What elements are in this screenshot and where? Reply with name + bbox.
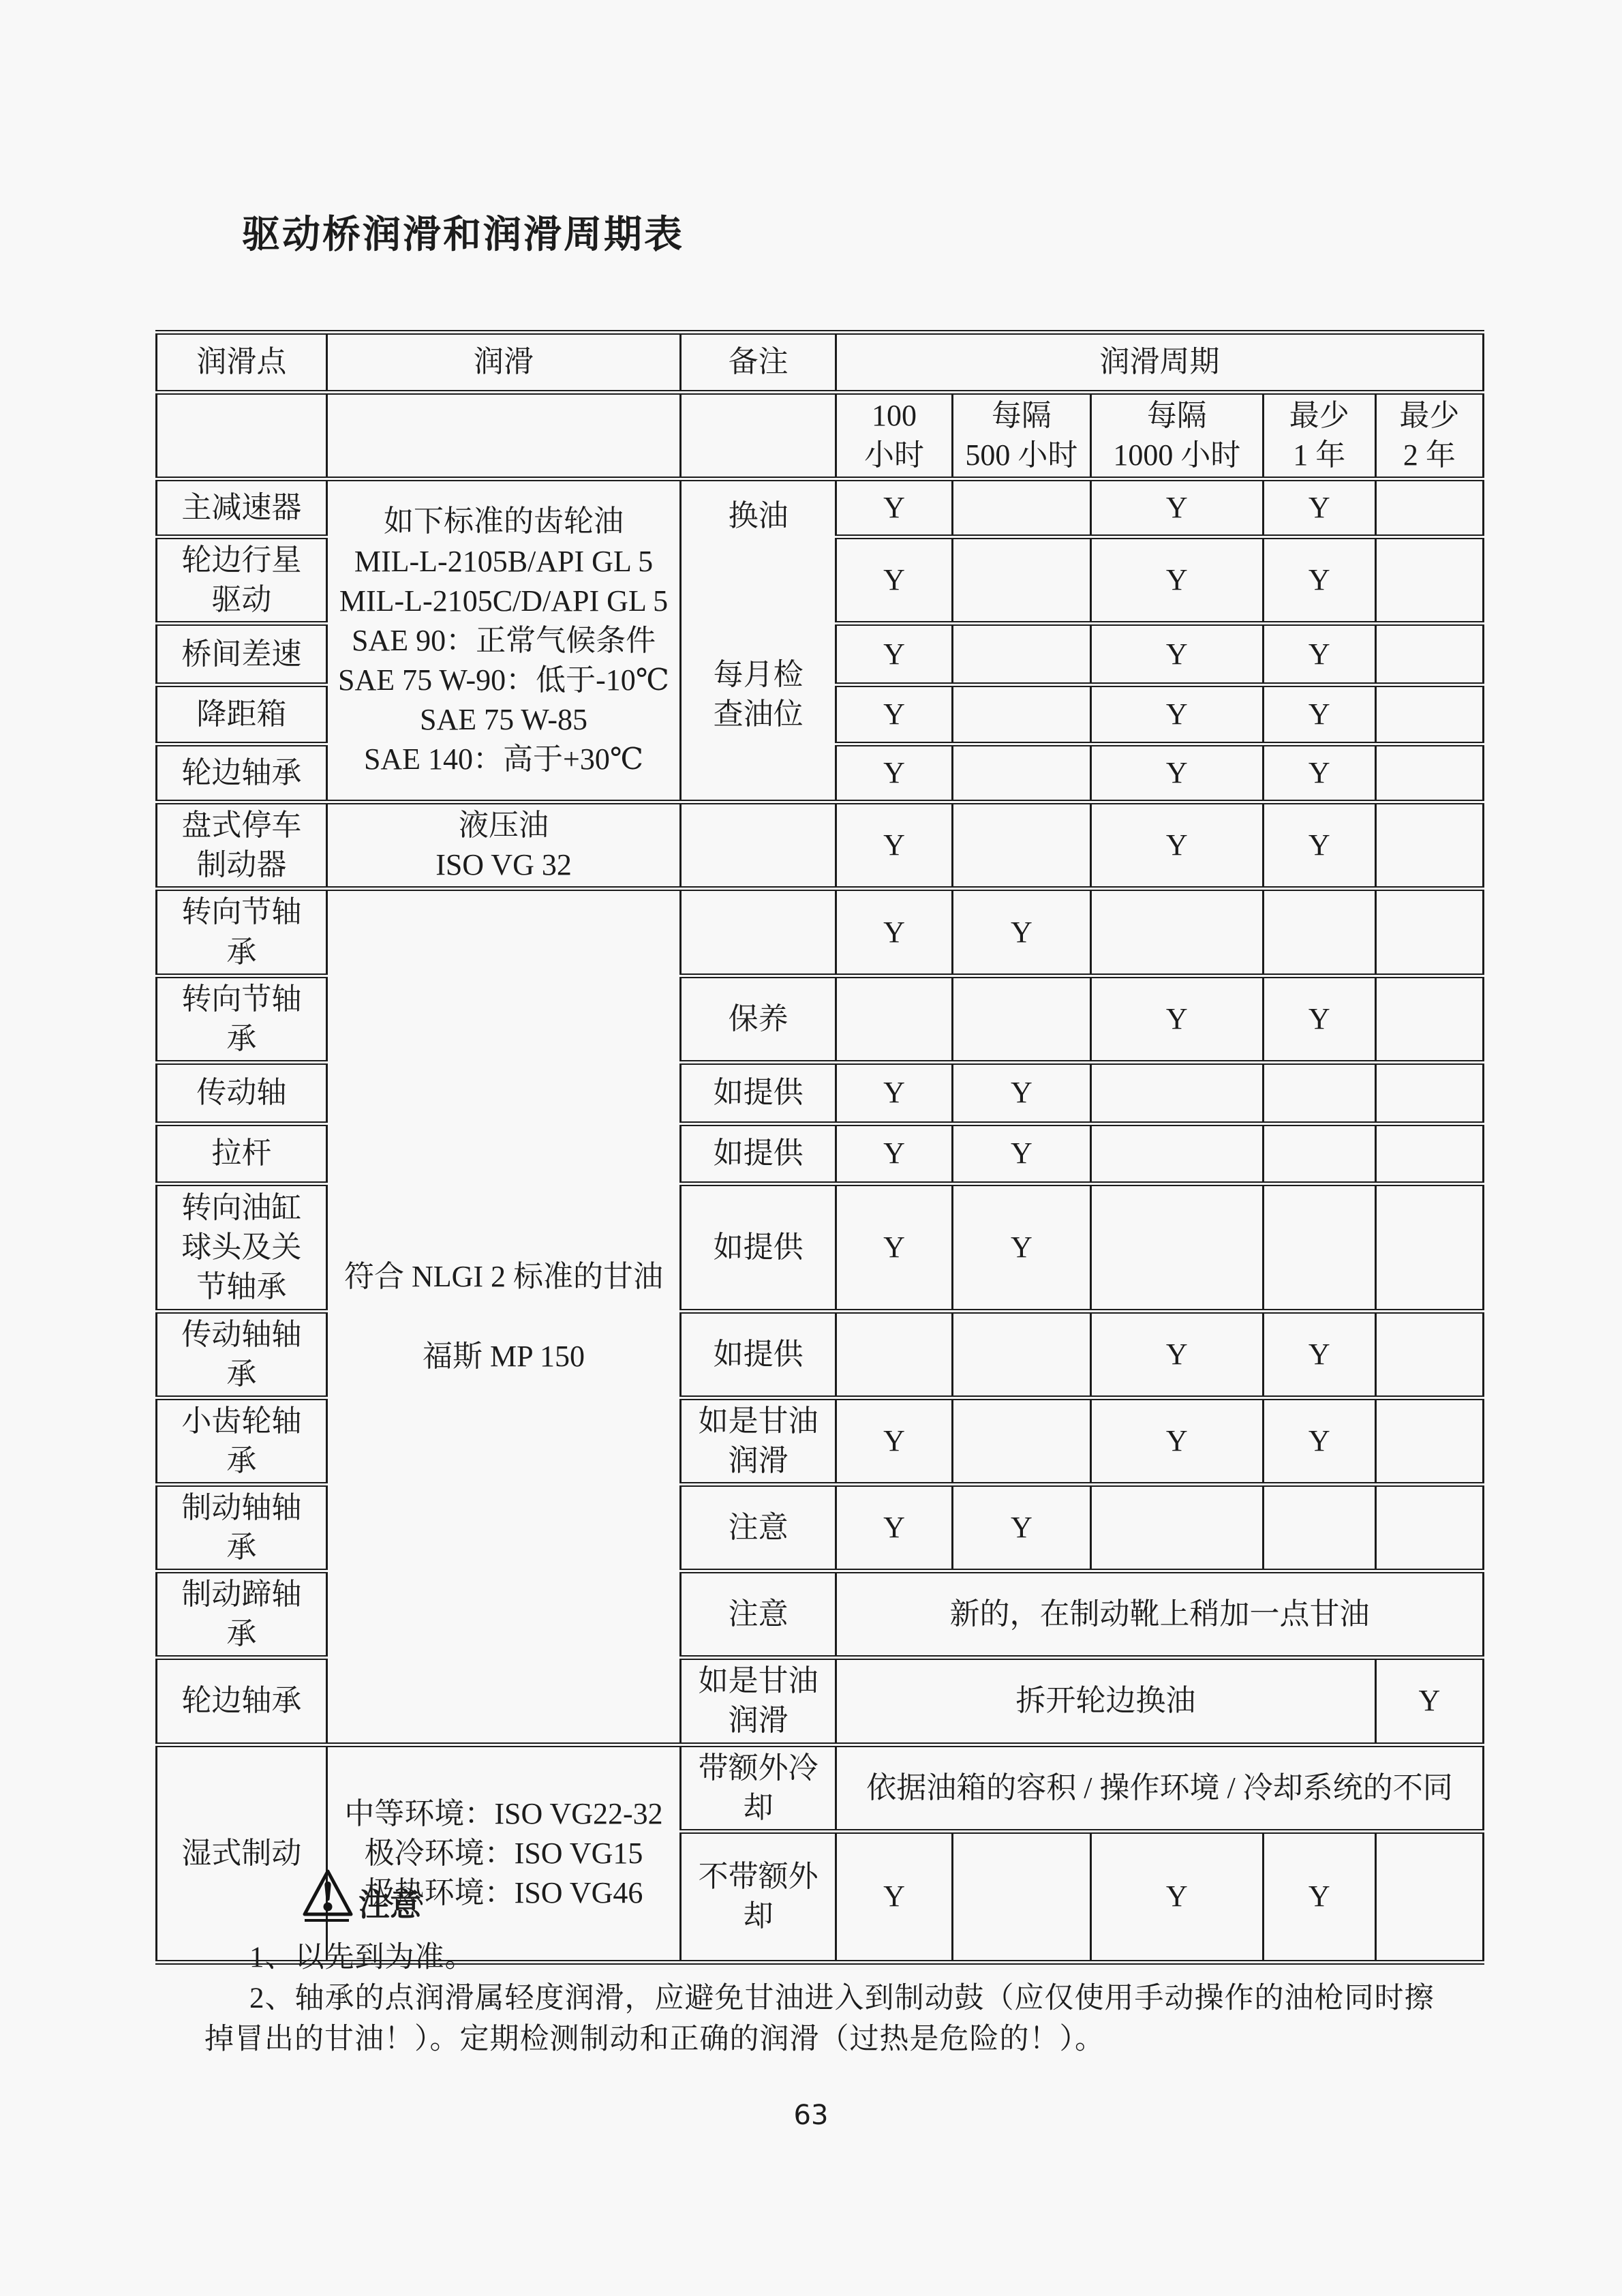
interval-cell (1263, 1123, 1375, 1183)
row-label: 转向节轴 承 (157, 976, 327, 1062)
interval-note-wheel-hub: 拆开轮边换油 (836, 1658, 1376, 1744)
row-label: 盘式停车 制动器 (157, 802, 327, 889)
table-row: 主减速器 如下标准的齿轮油 MIL-L-2105B/API GL 5 MIL-L… (157, 479, 1484, 537)
interval-cell: Y (1263, 685, 1375, 744)
remark-oil-change: 换油 (682, 496, 835, 536)
lubrication-schedule-table: 润滑点 润滑 备注 润滑周期 100 小时 每隔 500 小时 每隔 1000 … (155, 330, 1484, 1965)
interval-cell: Y (1090, 1311, 1263, 1398)
period-subheader-100h: 100 小时 (836, 393, 953, 479)
row-label-wet-brake: 湿式制动 (157, 1744, 327, 1962)
interval-cell (1375, 976, 1483, 1062)
row-label: 传动轴轴 承 (157, 1311, 327, 1398)
interval-cell (952, 624, 1090, 685)
remark-monthly-check: 每月检 查油位 (682, 655, 835, 734)
remark-cell (681, 889, 836, 976)
remark-cell: 如是甘油 润滑 (681, 1398, 836, 1484)
interval-cell (1375, 479, 1483, 537)
lubricant-cell-wet-brake-oil: 中等环境：ISO VG22-32 极冷环境：ISO VG15 极热环境：ISO … (326, 1744, 680, 1962)
interval-cell (1090, 1485, 1263, 1571)
interval-cell: Y (836, 537, 953, 624)
row-label: 桥间差速 (157, 624, 327, 685)
interval-cell: Y (1263, 802, 1375, 889)
warning-block: 注意 (300, 1868, 421, 1924)
interval-cell: Y (836, 889, 953, 976)
interval-cell: Y (1090, 744, 1263, 802)
interval-cell (1375, 1398, 1483, 1484)
interval-cell: Y (952, 1123, 1090, 1183)
remark-cell: 如提供 (681, 1062, 836, 1123)
remark-cell: 如提供 (681, 1183, 836, 1311)
interval-cell (952, 1398, 1090, 1484)
table-row: 盘式停车 制动器 液压油 ISO VG 32 Y Y Y (157, 802, 1484, 889)
remark-cell: 如提供 (681, 1123, 836, 1183)
interval-cell (1375, 624, 1483, 685)
interval-cell: Y (836, 802, 953, 889)
row-label: 制动蹄轴 承 (157, 1571, 327, 1658)
interval-cell: Y (1263, 744, 1375, 802)
remark-cell: 注意 (681, 1571, 836, 1658)
table-row: 转向节轴 承 符合 NLGI 2 标准的甘油 福斯 MP 150 Y Y (157, 889, 1484, 976)
interval-note-cooling: 依据油箱的容积 / 操作环境 / 冷却系统的不同 (836, 1744, 1484, 1831)
interval-cell (1090, 889, 1263, 976)
header-row-1: 润滑点 润滑 备注 润滑周期 (157, 333, 1484, 393)
col-header-period: 润滑周期 (836, 333, 1484, 393)
interval-cell (952, 744, 1090, 802)
interval-cell (952, 802, 1090, 889)
header-empty-cell (326, 393, 680, 479)
interval-cell (1263, 889, 1375, 976)
col-header-remark: 备注 (681, 333, 836, 393)
interval-cell (1375, 802, 1483, 889)
interval-cell (1375, 1311, 1483, 1398)
interval-cell: Y (836, 1183, 953, 1311)
row-label: 转向节轴 承 (157, 889, 327, 976)
interval-cell: Y (1090, 537, 1263, 624)
interval-cell: Y (836, 1485, 953, 1571)
interval-cell (1375, 1123, 1483, 1183)
row-label: 轮边轴承 (157, 744, 327, 802)
interval-cell (952, 685, 1090, 744)
remark-cell: 如提供 (681, 1311, 836, 1398)
row-label: 拉杆 (157, 1123, 327, 1183)
interval-cell (1090, 1123, 1263, 1183)
interval-cell: Y (1263, 1311, 1375, 1398)
interval-cell (952, 1311, 1090, 1398)
row-label: 传动轴 (157, 1062, 327, 1123)
interval-cell (1263, 1183, 1375, 1311)
col-header-lube-point: 润滑点 (157, 333, 327, 393)
remark-cell: 保养 (681, 976, 836, 1062)
interval-cell (1375, 1062, 1483, 1123)
interval-cell (836, 976, 953, 1062)
interval-cell: Y (1090, 802, 1263, 889)
period-subheader-1y: 最少 1 年 (1263, 393, 1375, 479)
warning-label: 注意 (358, 1890, 421, 1924)
interval-cell: Y (952, 1485, 1090, 1571)
page-number: 63 (0, 2100, 1622, 2131)
period-subheader-2y: 最少 2 年 (1375, 393, 1483, 479)
lubricant-cell-gear-oil: 如下标准的齿轮油 MIL-L-2105B/API GL 5 MIL-L-2105… (326, 479, 680, 802)
remark-cell-with-cooling: 带额外冷 却 (681, 1744, 836, 1831)
interval-cell: Y (836, 744, 953, 802)
interval-cell: Y (1263, 537, 1375, 624)
remark-cell-merged: 换油 每月检 查油位 (681, 479, 836, 802)
interval-cell (1375, 889, 1483, 976)
notes-section: 1、以先到为准。 2、轴承的点润滑属轻度润滑，应避免甘油进入到制动鼓（应仅使用手… (204, 1937, 1598, 2060)
remark-cell: 注意 (681, 1485, 836, 1571)
row-label: 主减速器 (157, 479, 327, 537)
row-label: 轮边行星 驱动 (157, 537, 327, 624)
remark-cell: 如是甘油 润滑 (681, 1658, 836, 1744)
row-label: 轮边轴承 (157, 1658, 327, 1744)
interval-cell: Y (1263, 1398, 1375, 1484)
interval-cell (1263, 1062, 1375, 1123)
interval-cell (1375, 685, 1483, 744)
interval-cell: Y (1090, 1398, 1263, 1484)
interval-cell (952, 479, 1090, 537)
interval-cell: Y (836, 1398, 953, 1484)
interval-cell: Y (836, 1123, 953, 1183)
interval-cell (1263, 1485, 1375, 1571)
row-label: 小齿轮轴 承 (157, 1398, 327, 1484)
row-label: 转向油缸 球头及关 节轴承 (157, 1183, 327, 1311)
row-label: 制动轴轴 承 (157, 1485, 327, 1571)
header-row-2: 100 小时 每隔 500 小时 每隔 1000 小时 最少 1 年 最少 2 … (157, 393, 1484, 479)
interval-cell (1375, 1183, 1483, 1311)
interval-cell: Y (952, 889, 1090, 976)
interval-cell: Y (952, 1062, 1090, 1123)
warning-triangle-icon (300, 1868, 356, 1924)
interval-cell (952, 976, 1090, 1062)
row-label: 降距箱 (157, 685, 327, 744)
interval-cell: Y (1375, 1658, 1483, 1744)
document-page: 驱动桥润滑和润滑周期表 润滑点 润滑 备注 润滑周期 100 小时 每隔 500… (0, 0, 1622, 2296)
interval-cell: Y (1090, 624, 1263, 685)
interval-cell: Y (952, 1183, 1090, 1311)
lubricant-cell-hydraulic-oil: 液压油 ISO VG 32 (326, 802, 680, 889)
interval-cell: Y (836, 624, 953, 685)
interval-cell: Y (1263, 624, 1375, 685)
remark-cell (681, 802, 836, 889)
interval-cell (1375, 1485, 1483, 1571)
period-subheader-500h: 每隔 500 小时 (952, 393, 1090, 479)
table-row: 湿式制动 中等环境：ISO VG22-32 极冷环境：ISO VG15 极热环境… (157, 1744, 1484, 1831)
interval-note-brake-shoe: 新的，在制动靴上稍加一点甘油 (836, 1571, 1484, 1658)
interval-cell (1090, 1183, 1263, 1311)
interval-cell: Y (1263, 976, 1375, 1062)
period-subheader-1000h: 每隔 1000 小时 (1090, 393, 1263, 479)
note-item: 1、以先到为准。 (204, 1937, 1598, 1978)
interval-cell (836, 1311, 953, 1398)
header-empty-cell (681, 393, 836, 479)
interval-cell: Y (836, 685, 953, 744)
interval-cell: Y (1090, 479, 1263, 537)
interval-cell: Y (836, 1062, 953, 1123)
interval-cell: Y (1090, 976, 1263, 1062)
interval-cell (1375, 537, 1483, 624)
interval-cell: Y (836, 479, 953, 537)
page-title: 驱动桥润滑和润滑周期表 (242, 205, 684, 259)
col-header-lubricant: 润滑 (326, 333, 680, 393)
lubricant-cell-grease: 符合 NLGI 2 标准的甘油 福斯 MP 150 (326, 889, 680, 1744)
note-item: 2、轴承的点润滑属轻度润滑，应避免甘油进入到制动鼓（应仅使用手动操作的油枪同时擦… (204, 1978, 1598, 2060)
interval-cell (952, 537, 1090, 624)
interval-cell (1375, 744, 1483, 802)
interval-cell (1090, 1062, 1263, 1123)
header-empty-cell (157, 393, 327, 479)
interval-cell: Y (1090, 685, 1263, 744)
interval-cell: Y (1263, 479, 1375, 537)
